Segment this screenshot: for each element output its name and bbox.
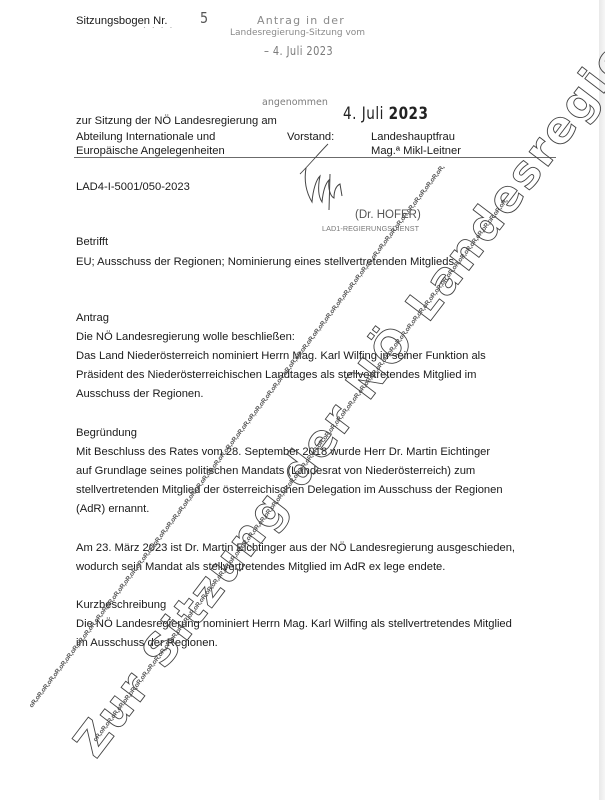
accepted-date-year: 2023 <box>389 104 429 124</box>
justification-heading: Begründung <box>76 426 137 440</box>
stamp-date: – 4. Juli 2023 <box>264 44 333 58</box>
justification-line: Am 23. März 2023 ist Dr. Martin Eichting… <box>76 541 515 555</box>
justification-line: auf Grundlage seines politischen Mandats… <box>76 464 475 478</box>
motion-line: Die NÖ Landesregierung wolle beschließen… <box>76 330 295 344</box>
motion-heading: Antrag <box>76 311 109 325</box>
summary-line: Die NÖ Landesregierung nominiert Herrn M… <box>76 617 512 631</box>
stamp-title: Antrag in der <box>257 14 345 27</box>
reference-number: LAD4-I-5001/050-2023 <box>76 180 190 194</box>
subject-text: EU; Ausschuss der Regionen; Nominierung … <box>76 255 454 269</box>
board-line-1: Landeshauptfrau <box>371 130 455 144</box>
accepted-date-day: 4. Juli <box>343 104 384 124</box>
department-line-1: Abteilung Internationale und <box>76 130 215 144</box>
justification-line: (AdR) ernannt. <box>76 502 149 516</box>
signature-name: (Dr. HOFER) <box>355 208 421 222</box>
meeting-line: zur Sitzung der NÖ Landesregierung am <box>76 114 277 128</box>
stamp-subtitle: Landesregierung-Sitzung vom <box>230 28 365 38</box>
summary-line: im Ausschuss der Regionen. <box>76 636 218 650</box>
signature-scribble <box>270 140 350 215</box>
dotted-marks: · · · · <box>143 23 174 32</box>
subject-heading: Betrifft <box>76 235 108 249</box>
document-page: Sitzungsbogen Nr. · · · · 5 Antrag in de… <box>0 0 605 800</box>
board-line-2: Mag.ª Mikl-Leitner <box>371 144 461 158</box>
summary-heading: Kurzbeschreibung <box>76 598 166 612</box>
motion-line: Das Land Niederösterreich nominiert Herr… <box>76 349 486 363</box>
justification-line: wodurch sein Mandat als stellvertretende… <box>76 560 445 574</box>
accepted-label: angenommen <box>262 97 328 108</box>
motion-line: Präsident des Niederösterreichischen Lan… <box>76 368 476 382</box>
accepted-date: 4. Juli 2023 <box>343 104 428 124</box>
sitzungsbogen-number: 5 <box>200 11 208 25</box>
motion-line: Ausschuss der Regionen. <box>76 387 204 401</box>
justification-line: Mit Beschluss des Rates vom 28. Septembe… <box>76 445 490 459</box>
department-line-2: Europäische Angelegenheiten <box>76 144 225 158</box>
scan-edge <box>599 0 605 800</box>
signature-department: LAD1-REGIERUNGSDIENST <box>322 222 419 236</box>
justification-line: stellvertretenden Mitglied der österreic… <box>76 483 503 497</box>
